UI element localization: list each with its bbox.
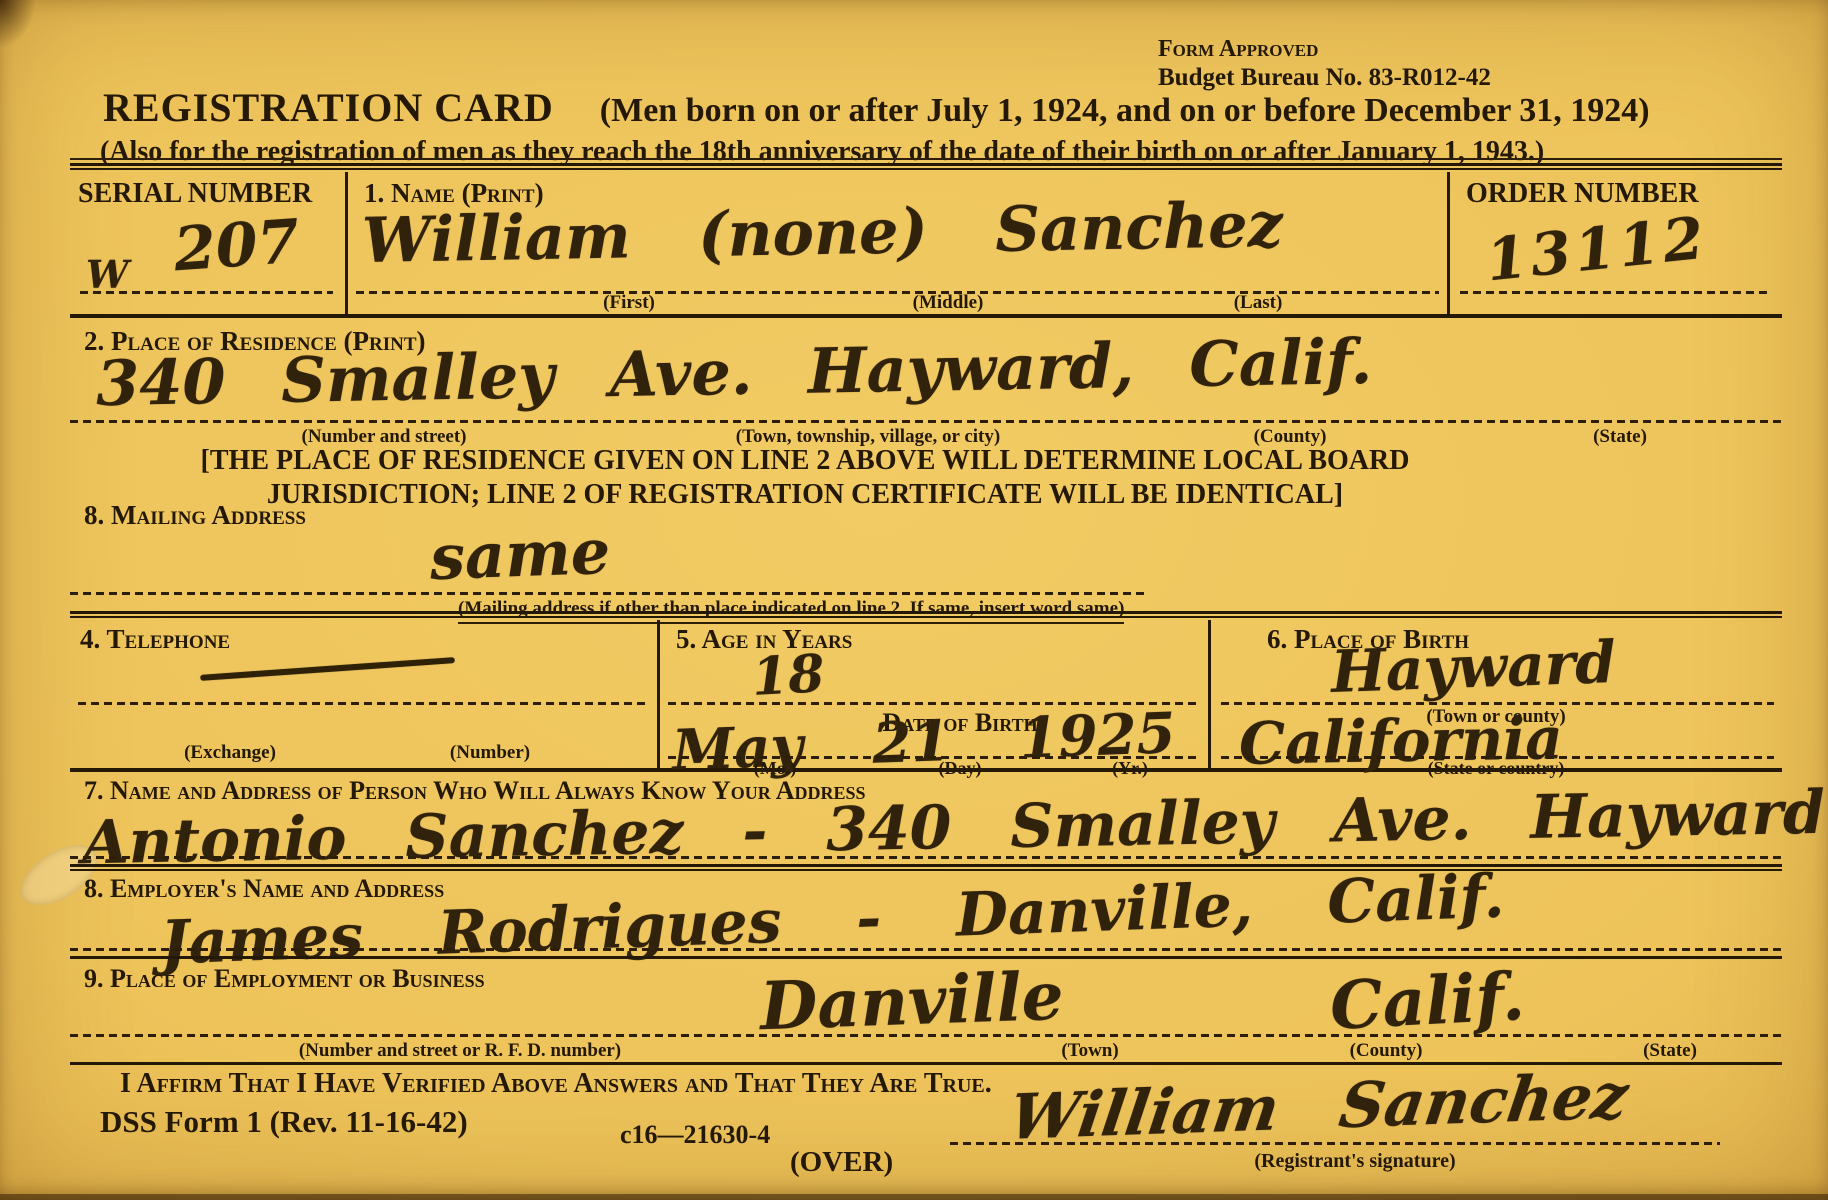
- contact-section-divider: [70, 864, 1782, 871]
- serial-prefix-handwriting: W: [86, 256, 129, 294]
- employment-county-sublabel: (County): [1350, 1040, 1423, 1062]
- mailing-section-divider: [70, 611, 1782, 618]
- row-telephone-age-birth: 4. Telephone (Exchange) (Number) 5. Age …: [70, 620, 1782, 772]
- employment-town-sublabel: (Town): [1061, 1040, 1118, 1062]
- order-number-handwriting: 13112: [1484, 209, 1711, 290]
- name-cell: 1. Name (Print) William (none) Sanchez (…: [345, 172, 1450, 314]
- signature-sublabel: (Registrant's signature): [1254, 1150, 1455, 1173]
- telephone-exchange-sublabel: (Exchange): [184, 742, 276, 764]
- registrant-signature-handwriting: William Sanchez: [1006, 1065, 1632, 1149]
- page-title: REGISTRATION CARD: [103, 85, 554, 130]
- header-divider: [70, 163, 1782, 170]
- employer-section-divider: [70, 956, 1782, 959]
- name-last-sublabel: (Last): [1234, 292, 1283, 314]
- title-row: REGISTRATION CARD (Men born on or after …: [103, 84, 1650, 131]
- residence-handwriting: 340 Smalley Ave. Hayward, Calif.: [96, 331, 1373, 415]
- over-note: (OVER): [790, 1146, 893, 1179]
- corner-shadow-mark: [0, 0, 60, 80]
- age-handwriting: 18: [751, 648, 826, 704]
- telephone-entry-pen-stroke: [200, 657, 455, 681]
- serial-number-cell: SERIAL NUMBER W 207: [70, 172, 345, 314]
- telephone-entry-line: [78, 702, 647, 705]
- mailing-address-label: 8. Mailing Address: [84, 500, 306, 531]
- telephone-cell: 4. Telephone (Exchange) (Number): [70, 620, 657, 768]
- birthplace-cell: 6. Place of Birth Hayward (Town or count…: [1211, 620, 1782, 768]
- employment-entry-line: [70, 1034, 1782, 1037]
- order-number-label: ORDER NUMBER: [1466, 178, 1699, 210]
- employer-entry-line: [70, 948, 1782, 951]
- telephone-label: 4. Telephone: [80, 624, 230, 655]
- employment-state-sublabel: (State): [1643, 1040, 1697, 1062]
- age-birthdate-cell: 5. Age in Years 18 Date of Birth May 21 …: [657, 620, 1211, 768]
- serial-number-label: SERIAL NUMBER: [78, 178, 312, 210]
- contact-entry-line: [70, 856, 1782, 859]
- employment-state-handwriting: Calif.: [1328, 963, 1526, 1039]
- local-board-note-line1: [THE PLACE OF RESIDENCE GIVEN ON LINE 2 …: [90, 444, 1520, 478]
- name-middle-sublabel: (Middle): [913, 292, 984, 314]
- mailing-entry-line: [70, 592, 1148, 595]
- residence-state-sublabel: (State): [1593, 426, 1647, 448]
- subtitle-underline: [70, 158, 1782, 160]
- form-id: DSS Form 1 (Rev. 11-16-42): [100, 1104, 468, 1140]
- affirmation-statement: I Affirm That I Have Verified Above Answ…: [120, 1068, 992, 1100]
- signature-entry-line: [950, 1142, 1720, 1145]
- birth-date-handwriting: May 21 1925: [671, 705, 1176, 779]
- telephone-number-sublabel: (Number): [450, 742, 530, 764]
- birth-day-sublabel: (Day): [939, 758, 982, 779]
- employment-town-handwriting: Danville: [759, 963, 1065, 1040]
- order-entry-line: [1460, 291, 1772, 294]
- employment-label: 9. Place of Employment or Business: [84, 964, 485, 994]
- registration-card: Form Approved Budget Bureau No. 83-R012-…: [0, 0, 1828, 1200]
- birthplace-state-sublabel: (State or country): [1428, 758, 1565, 779]
- card-bottom-edge: [0, 1194, 1828, 1200]
- print-code: c16—21630-4: [620, 1120, 770, 1150]
- mailing-address-handwriting: same: [429, 521, 611, 589]
- order-number-cell: ORDER NUMBER 13112: [1450, 172, 1782, 314]
- employment-street-sublabel: (Number and street or R. F. D. number): [299, 1040, 621, 1062]
- birthplace-town-handwriting: Hayward: [1330, 633, 1617, 701]
- title-eligibility-note: (Men born on or after July 1, 1924, and …: [600, 92, 1650, 129]
- serial-entry-line: [80, 291, 333, 294]
- row-serial-name-order: SERIAL NUMBER W 207 1. Name (Print) Will…: [70, 172, 1782, 318]
- birth-year-sublabel: (Yr.): [1112, 758, 1148, 779]
- serial-number-handwriting: 207: [172, 212, 301, 281]
- form-approved-text: Form Approved: [1158, 36, 1491, 64]
- name-handwriting: William (none) Sanchez: [362, 194, 1284, 272]
- residence-entry-line: [70, 420, 1782, 423]
- name-first-sublabel: (First): [603, 292, 655, 314]
